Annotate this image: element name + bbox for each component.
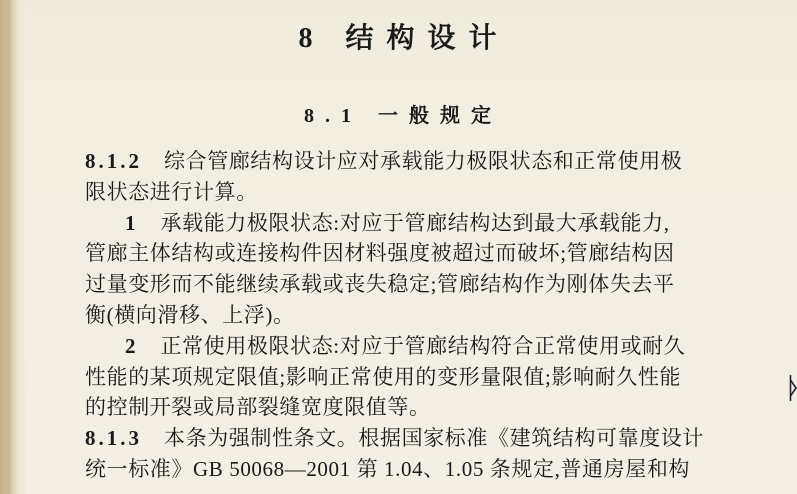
line-text: 性能的某项规定限值;影响正常使用的变形量限值;影响耐久性能 (85, 365, 681, 389)
line-text: 本条为强制性条文。根据国家标准《建筑结构可靠度设计 (164, 426, 704, 450)
line-text: 过量变形而不能继续承载或丧失稳定;管廊结构作为刚体失去平 (85, 272, 675, 296)
page-edge-mark (789, 374, 797, 402)
line-text: 综合管廊结构设计应对承载能力极限状态和正常使用极 (164, 149, 682, 173)
text-line: 过量变形而不能继续承载或丧失稳定;管廊结构作为刚体失去平 (85, 269, 725, 300)
page-binding-shadow (0, 0, 26, 494)
text-line: 8.1.3本条为强制性条文。根据国家标准《建筑结构可靠度设计 (85, 423, 725, 454)
body-lines: 8.1.2综合管廊结构设计应对承载能力极限状态和正常使用极限状态进行计算。1承载… (85, 146, 725, 485)
clause-number: 1 (125, 211, 139, 235)
text-line: 管廊主体结构或连接构件因材料强度被超过而破坏;管廊结构因 (85, 238, 725, 269)
chapter-title: 8 结构设计 (85, 16, 710, 56)
line-text: 管廊主体结构或连接构件因材料强度被超过而破坏;管廊结构因 (85, 241, 675, 265)
line-text: 正常使用极限状态:对应于管廊结构符合正常使用或耐久 (161, 334, 686, 358)
text-line: 衡(横向滑移、上浮)。 (85, 300, 725, 331)
text-line: 性能的某项规定限值;影响正常使用的变形量限值;影响耐久性能 (85, 362, 725, 393)
line-text: 统一标准》GB 50068—2001 第 1.04、1.05 条规定,普通房屋和… (85, 457, 690, 481)
line-text: 衡(横向滑移、上浮)。 (85, 303, 295, 327)
line-text: 承载能力极限状态:对应于管廊结构达到最大承载能力, (161, 211, 670, 235)
clause-number: 2 (125, 334, 139, 358)
text-line: 统一标准》GB 50068—2001 第 1.04、1.05 条规定,普通房屋和… (85, 454, 725, 485)
section-heading: 8.1 一般规定 (85, 99, 710, 128)
clause-number: 8.1.2 (85, 149, 142, 173)
document-page: 8 结构设计 8.1 一般规定 8.1.2综合管廊结构设计应对承载能力极限状态和… (0, 0, 797, 494)
text-line: 8.1.2综合管廊结构设计应对承载能力极限状态和正常使用极 (85, 146, 725, 177)
page-content: 8 结构设计 8.1 一般规定 8.1.2综合管廊结构设计应对承载能力极限状态和… (85, 0, 725, 494)
text-line: 限状态进行计算。 (85, 177, 725, 208)
line-text: 限状态进行计算。 (85, 180, 258, 204)
text-line: 的控制开裂或局部裂缝宽度限值等。 (85, 392, 725, 423)
clause-number: 8.1.3 (85, 426, 142, 450)
text-line: 1承载能力极限状态:对应于管廊结构达到最大承载能力, (85, 208, 725, 239)
text-line: 2正常使用极限状态:对应于管廊结构符合正常使用或耐久 (85, 331, 725, 362)
line-text: 的控制开裂或局部裂缝宽度限值等。 (85, 395, 431, 419)
